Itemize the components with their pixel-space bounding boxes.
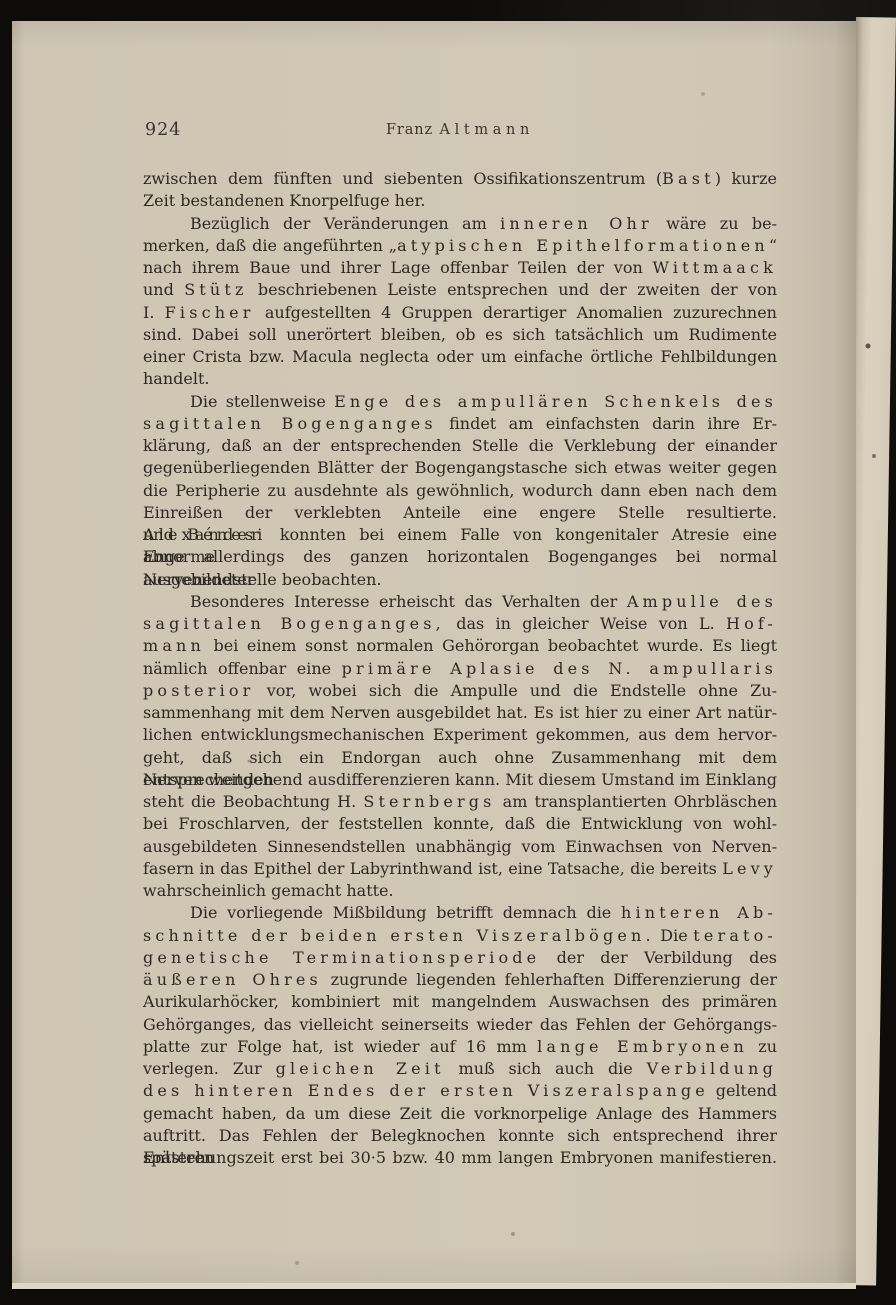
plain-text: am transplantierten Ohrbläschen	[496, 792, 777, 811]
plain-text: und	[143, 525, 187, 544]
text-line: bei Froschlarven, der feststellen konnte…	[143, 813, 777, 835]
text-line: klärung, daß an der entsprechenden Stell…	[143, 435, 777, 457]
text-line: wahrscheinlich gemacht hatte.	[143, 880, 777, 902]
plain-text: ausgebildeten Sinnesendstellen unabhängi…	[143, 837, 777, 856]
text-line: ausgebildeten Sinnesendstellen unabhängi…	[143, 836, 777, 858]
plain-text: fasern in das Epithel der Labyrinthwand …	[143, 859, 722, 878]
text-line: genetische Terminationsperiode der der V…	[143, 947, 777, 969]
text-line: auftritt. Das Fehlen der Belegknochen ko…	[143, 1125, 777, 1147]
text-line: steht die Beobachtung H. Sternbergs am t…	[143, 791, 777, 813]
plain-text: wahrscheinlich gemacht hatte.	[143, 881, 394, 900]
plain-text: lichen entwicklungsmechanischen Experime…	[143, 725, 777, 744]
plain-text: muß sich auch die	[445, 1059, 647, 1078]
text-line: und Bénesi konnten bei einem Falle von k…	[143, 524, 777, 546]
letterspaced-text: Bast	[662, 169, 715, 188]
plain-text: handelt.	[143, 369, 210, 388]
letterspaced-text: genetische Terminationsperiode	[143, 948, 540, 967]
plain-text: sammenhang mit dem Nerven ausgebildet ha…	[143, 703, 777, 722]
letterspaced-text: atypischen Epithelformationen	[397, 236, 769, 255]
text-line: Nervenendstelle beobachten.	[143, 569, 777, 591]
letterspaced-text: äußeren Ohres	[143, 970, 322, 989]
plain-text: Die vorliegende Mißbildung betrifft demn…	[190, 903, 621, 922]
letterspaced-text: posterior	[143, 681, 254, 700]
letterspaced-text: Enge des ampullären Schenkels des	[334, 392, 777, 411]
plain-text: merken, daß die angeführten „	[143, 236, 397, 255]
text-line: Die vorliegende Mißbildung betrifft demn…	[143, 902, 777, 924]
letterspaced-text: Fischer	[165, 303, 255, 322]
letterspaced-text: schnitte der beiden ersten Viszeralbögen…	[143, 926, 655, 945]
scanned-book-photo: 924 FranzAltmann zwischen dem fünften un…	[0, 0, 896, 1305]
text-line: Enge allerdings des ganzen horizontalen …	[143, 546, 777, 568]
plain-text: Nervenendstelle beobachten.	[143, 570, 382, 589]
text-line: I. Fischer aufgestellten 4 Gruppen derar…	[143, 302, 777, 324]
plain-text: einer Crista bzw. Macula neglecta oder u…	[143, 347, 777, 366]
plain-text: Zeit bestandenen Knorpelfuge her.	[143, 191, 425, 210]
plain-text: sind. Dabei soll unerörtert bleiben, ob …	[143, 325, 777, 344]
text-line: Bezüglich der Veränderungen am inneren O…	[143, 213, 777, 235]
text-line: Zeit bestandenen Knorpelfuge her.	[143, 190, 777, 212]
text-line: Entstehungszeit erst bei 30·5 bzw. 40 mm…	[143, 1147, 777, 1169]
letterspaced-text: Levy	[722, 859, 777, 878]
book-page: 924 FranzAltmann zwischen dem fünften un…	[12, 21, 856, 1289]
plain-text: aufgestellten 4 Gruppen derartiger Anoma…	[255, 303, 777, 322]
text-line: Besonderes Interesse erheischt das Verha…	[143, 591, 777, 613]
plain-text: nach ihrem Baue und ihrer Lage offenbar …	[143, 258, 653, 277]
plain-text: steht die Beobachtung H.	[143, 792, 363, 811]
scan-specks	[0, 0, 2, 2]
letterspaced-text: mann	[143, 636, 205, 655]
text-line: gemacht haben, da um diese Zeit die vork…	[143, 1103, 777, 1125]
letterspaced-text: inneren Ohr	[500, 214, 653, 233]
plain-text: bei Froschlarven, der feststellen konnte…	[143, 814, 777, 833]
plain-text: zugrunde liegenden fehlerhaften Differen…	[322, 970, 777, 989]
letterspaced-text: Verbildung	[647, 1059, 777, 1078]
plain-text: zwischen dem fünften und siebenten Ossif…	[143, 169, 662, 188]
letterspaced-text: Wittmaack	[653, 258, 778, 277]
text-line: Einreißen der verklebten Anteile eine en…	[143, 502, 777, 524]
letterspaced-text: gleichen Zeit	[276, 1059, 445, 1078]
text-line: schnitte der beiden ersten Viszeralbögen…	[143, 925, 777, 947]
plain-text: bei einem sonst normalen Gehörorgan beob…	[205, 636, 777, 655]
text-line: lichen entwicklungsmechanischen Experime…	[143, 724, 777, 746]
text-line: die Peripherie zu ausdehnte als gewöhnli…	[143, 480, 777, 502]
text-line: Aurikularhöcker, kombiniert mit mangelnd…	[143, 991, 777, 1013]
letterspaced-text: sagittalen Bogenganges,	[143, 614, 445, 633]
text-line: äußeren Ohres zugrunde liegenden fehlerh…	[143, 969, 777, 991]
plain-text: I.	[143, 303, 165, 322]
text-line: Gehörganges, das vielleicht seinerseits …	[143, 1014, 777, 1036]
letterspaced-text: lange Embryonen	[537, 1037, 748, 1056]
letterspaced-text: Ampulle des	[627, 592, 777, 611]
plain-text: platte zur Folge hat, ist wieder auf 16 …	[143, 1037, 537, 1056]
letterspaced-text: hinteren Ab-	[621, 903, 777, 922]
text-line: einer Crista bzw. Macula neglecta oder u…	[143, 346, 777, 368]
text-line: Die stellenweise Enge des ampullären Sch…	[143, 391, 777, 413]
text-line: merken, daß die angeführten „atypischen …	[143, 235, 777, 257]
plain-text: nämlich offenbar eine	[143, 659, 342, 678]
plain-text: “	[769, 236, 777, 255]
body-text: zwischen dem fünften und siebenten Ossif…	[143, 168, 777, 1169]
header-surname: Altmann	[439, 122, 534, 138]
plain-text: Besonderes Interesse erheischt das Verha…	[190, 592, 627, 611]
plain-text: klärung, daß an der entsprechenden Stell…	[143, 436, 777, 455]
plain-text: Die	[655, 926, 694, 945]
plain-text: Gehörganges, das vielleicht seinerseits …	[143, 1015, 777, 1034]
text-line: nach ihrem Baue und ihrer Lage offenbar …	[143, 257, 777, 279]
text-line: platte zur Folge hat, ist wieder auf 16 …	[143, 1036, 777, 1058]
letterspaced-text: Bénesi	[187, 525, 266, 544]
plain-text: gegenüberliegenden Blätter der Bogengang…	[143, 458, 777, 477]
text-line: handelt.	[143, 368, 777, 390]
text-line: zwischen dem fünften und siebenten Ossif…	[143, 168, 777, 190]
text-line: und Stütz beschriebenen Leiste entsprech…	[143, 279, 777, 301]
text-line: des hinteren Endes der ersten Viszeralsp…	[143, 1080, 777, 1102]
plain-text: wäre zu be-	[653, 214, 777, 233]
plain-text: Die stellenweise	[190, 392, 334, 411]
plain-text: vor, wobei sich die Ampulle und die Ends…	[254, 681, 777, 700]
page-header: 924 FranzAltmann	[143, 120, 777, 144]
running-header: FranzAltmann	[143, 122, 777, 138]
plain-text: Nerven weitgehend ausdifferenzieren kann…	[143, 770, 777, 789]
plain-text: geltend	[709, 1081, 777, 1100]
text-line: sind. Dabei soll unerörtert bleiben, ob …	[143, 324, 777, 346]
text-line: sammenhang mit dem Nerven ausgebildet ha…	[143, 702, 777, 724]
plain-text: der der Verbildung des	[540, 948, 777, 967]
plain-text: die Peripherie zu ausdehnte als gewöhnli…	[143, 481, 777, 500]
letterspaced-text: sagittalen Bogenganges	[143, 414, 437, 433]
text-line: geht, daß sich ein Endorgan auch ohne Zu…	[143, 747, 777, 769]
plain-text: zu	[748, 1037, 777, 1056]
text-line: posterior vor, wobei sich die Ampulle un…	[143, 680, 777, 702]
plain-text: findet am einfachsten darin ihre Er-	[437, 414, 777, 433]
plain-text: Entstehungszeit erst bei 30·5 bzw. 40 mm…	[143, 1148, 777, 1167]
plain-text: gemacht haben, da um diese Zeit die vork…	[143, 1104, 777, 1123]
plain-text: und	[143, 280, 184, 299]
plain-text: Einreißen der verklebten Anteile eine en…	[143, 503, 777, 522]
letterspaced-text: terato-	[693, 926, 777, 945]
text-line: Nerven weitgehend ausdifferenzieren kann…	[143, 769, 777, 791]
plain-text: verlegen. Zur	[143, 1059, 276, 1078]
text-line: mann bei einem sonst normalen Gehörorgan…	[143, 635, 777, 657]
text-line: fasern in das Epithel der Labyrinthwand …	[143, 858, 777, 880]
letterspaced-text: primäre Aplasie des N. ampullaris	[342, 659, 777, 678]
text-line: gegenüberliegenden Blätter der Bogengang…	[143, 457, 777, 479]
letterspaced-text: des hinteren Endes der ersten Viszeralsp…	[143, 1081, 709, 1100]
header-firstname: Franz	[386, 122, 433, 138]
plain-text: ) kurze	[715, 169, 777, 188]
plain-text: beschriebenen Leiste entsprechen und der…	[248, 280, 777, 299]
letterspaced-text: Stütz	[184, 280, 247, 299]
letterspaced-text: Sternbergs	[363, 792, 495, 811]
text-line: verlegen. Zur gleichen Zeit muß sich auc…	[143, 1058, 777, 1080]
text-line: sagittalen Bogenganges, das in gleicher …	[143, 613, 777, 635]
text-line: nämlich offenbar eine primäre Aplasie de…	[143, 658, 777, 680]
text-line: sagittalen Bogenganges findet am einfach…	[143, 413, 777, 435]
plain-text: das in gleicher Weise von L.	[445, 614, 726, 633]
plain-text: Bezüglich der Veränderungen am	[190, 214, 500, 233]
letterspaced-text: Hof-	[726, 614, 777, 633]
plain-text: Aurikularhöcker, kombiniert mit mangelnd…	[143, 992, 777, 1011]
